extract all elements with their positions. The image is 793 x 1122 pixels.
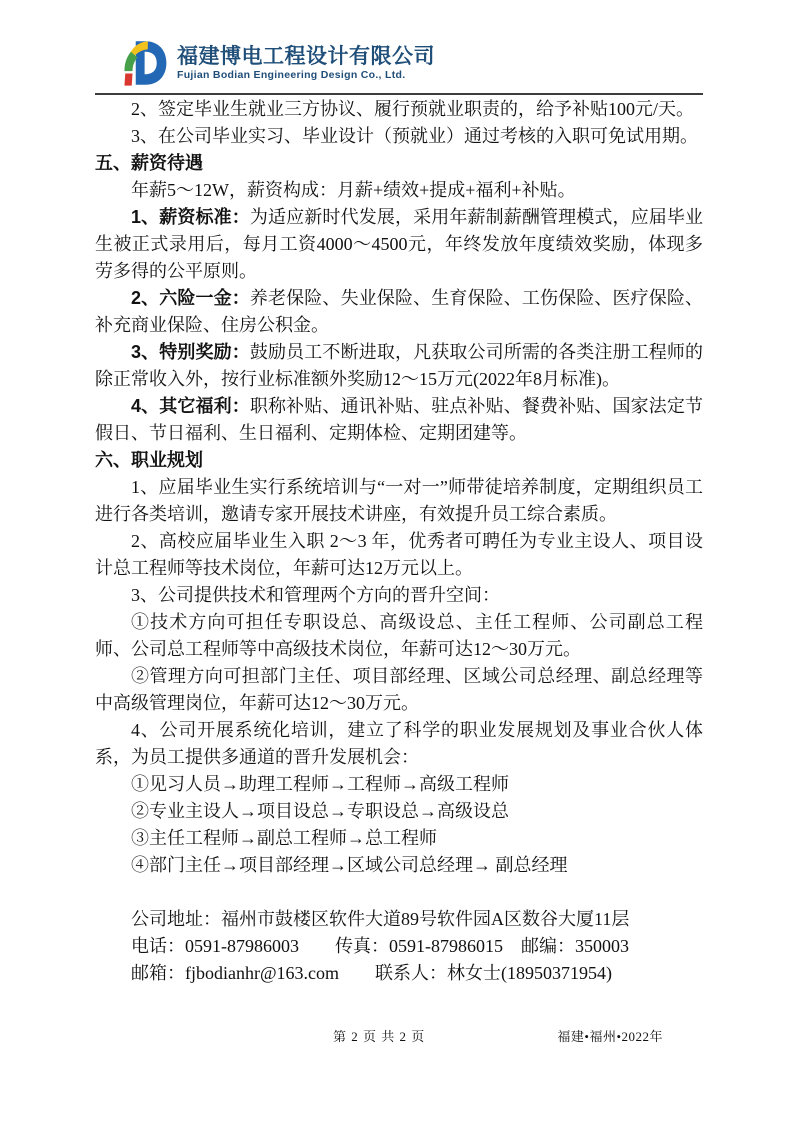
footer-location: 福建•福州•2022年 <box>557 1028 663 1046</box>
paragraph-text: 公司地址：福州市鼓楼区软件大道89号软件园A区数谷大厦11层 <box>131 909 629 929</box>
paragraph: ②管理方向可担部门主任、项目部经理、区域公司总经理、副总经理等中高级管理岗位，年… <box>95 663 703 717</box>
paragraph-text: ②管理方向可担部门主任、项目部经理、区域公司总经理、副总经理等中高级管理岗位，年… <box>95 666 703 713</box>
paragraph: ③主任工程师→副总工程师→总工程师 <box>95 825 703 852</box>
paragraph: 4、公司开展系统化培训，建立了科学的职业发展规划及事业合伙人体系，为员工提供多通… <box>95 717 703 771</box>
paragraph-text: 2、高校应届毕业生入职 2～3 年，优秀者可聘任为专业主设人、项目设计总工程师等… <box>95 531 703 578</box>
paragraph-text: ④部门主任→项目部经理→区域公司总经理→ 副总经理 <box>131 855 568 875</box>
paragraph-text: 3、公司提供技术和管理两个方向的晋升空间： <box>131 585 500 605</box>
paragraph-lead: 4、其它福利： <box>131 396 250 416</box>
page-footer: 第 2 页 共 2 页 福建•福州•2022年 <box>95 1028 703 1048</box>
paragraph-text: 邮箱：fjbodianhr@163.com 联系人：林女士(1895037195… <box>131 963 612 983</box>
paragraph: 2、签定毕业生就业三方协议、履行预就业职责的，给予补贴100元/天。 <box>95 96 703 123</box>
paragraph: 电话：0591-87986003 传真：0591-87986015 邮编：350… <box>95 933 703 960</box>
paragraph-text: 电话：0591-87986003 传真：0591-87986015 邮编：350… <box>131 936 629 956</box>
paragraph: 邮箱：fjbodianhr@163.com 联系人：林女士(1895037195… <box>95 960 703 987</box>
paragraph: 2、高校应届毕业生入职 2～3 年，优秀者可聘任为专业主设人、项目设计总工程师等… <box>95 528 703 582</box>
page-number: 第 2 页 共 2 页 <box>333 1028 425 1046</box>
paragraph-lead: 2、六险一金： <box>131 288 250 308</box>
paragraph: 3、特别奖励：鼓励员工不断进取，凡获取公司所需的各类注册工程师的除正常收入外，按… <box>95 339 703 393</box>
paragraph: ④部门主任→项目部经理→区域公司总经理→ 副总经理 <box>95 852 703 879</box>
company-logo-icon <box>118 38 168 88</box>
document-body: 2、签定毕业生就业三方协议、履行预就业职责的，给予补贴100元/天。3、在公司毕… <box>95 96 703 987</box>
section-heading-text: 六、职业规划 <box>95 450 203 470</box>
paragraph-text: ②专业主设人→项目设总→专职设总→高级设总 <box>131 801 509 821</box>
paragraph: 公司地址：福州市鼓楼区软件大道89号软件园A区数谷大厦11层 <box>95 906 703 933</box>
paragraph-text: ①见习人员→助理工程师→工程师→高级工程师 <box>131 774 509 794</box>
paragraph-lead: 1、薪资标准： <box>131 207 250 227</box>
paragraph: ①技术方向可担任专职设总、高级设总、主任工程师、公司副总工程师、公司总工程师等中… <box>95 609 703 663</box>
paragraph: 1、薪资标准：为适应新时代发展，采用年薪制薪酬管理模式，应届毕业生被正式录用后，… <box>95 204 703 285</box>
company-logo <box>118 38 168 88</box>
paragraph-text: 2、签定毕业生就业三方协议、履行预就业职责的，给予补贴100元/天。 <box>131 99 694 119</box>
paragraph: 4、其它福利：职称补贴、通讯补贴、驻点补贴、餐费补贴、国家法定节假日、节日福利、… <box>95 393 703 447</box>
section-heading: 五、薪资待遇 <box>95 150 703 177</box>
paragraph-lead: 3、特别奖励： <box>131 342 250 362</box>
paragraph-text: 4、公司开展系统化培训，建立了科学的职业发展规划及事业合伙人体系，为员工提供多通… <box>95 720 703 767</box>
paragraph-text: ③主任工程师→副总工程师→总工程师 <box>131 828 437 848</box>
document-page: 福建博电工程设计有限公司 Fujian Bodian Engineering D… <box>0 0 793 1122</box>
paragraph-text: ①技术方向可担任专职设总、高级设总、主任工程师、公司副总工程师、公司总工程师等中… <box>95 612 703 659</box>
brand-text: 福建博电工程设计有限公司 Fujian Bodian Engineering D… <box>177 45 435 82</box>
company-name-zh: 福建博电工程设计有限公司 <box>177 45 435 68</box>
paragraph: ①见习人员→助理工程师→工程师→高级工程师 <box>95 771 703 798</box>
section-heading-text: 五、薪资待遇 <box>95 153 203 173</box>
paragraph: 1、应届毕业生实行系统培训与“一对一”师带徒培养制度，定期组织员工进行各类培训，… <box>95 474 703 528</box>
paragraph: 3、公司提供技术和管理两个方向的晋升空间： <box>95 582 703 609</box>
blank-line <box>95 879 703 906</box>
paragraph: 年薪5～12W，薪资构成：月薪+绩效+提成+福利+补贴。 <box>95 177 703 204</box>
company-name-en: Fujian Bodian Engineering Design Co., Lt… <box>177 70 435 82</box>
section-heading: 六、职业规划 <box>95 447 703 474</box>
paragraph-text: 3、在公司毕业实习、毕业设计（预就业）通过考核的入职可免试用期。 <box>131 126 698 146</box>
paragraph: ②专业主设人→项目设总→专职设总→高级设总 <box>95 798 703 825</box>
letterhead: 福建博电工程设计有限公司 Fujian Bodian Engineering D… <box>95 38 703 95</box>
paragraph: 2、六险一金：养老保险、失业保险、生育保险、工伤保险、医疗保险、补充商业保险、住… <box>95 285 703 339</box>
paragraph-text: 1、应届毕业生实行系统培训与“一对一”师带徒培养制度，定期组织员工进行各类培训，… <box>95 477 703 524</box>
paragraph: 3、在公司毕业实习、毕业设计（预就业）通过考核的入职可免试用期。 <box>95 123 703 150</box>
paragraph-text: 年薪5～12W，薪资构成：月薪+绩效+提成+福利+补贴。 <box>131 180 576 200</box>
